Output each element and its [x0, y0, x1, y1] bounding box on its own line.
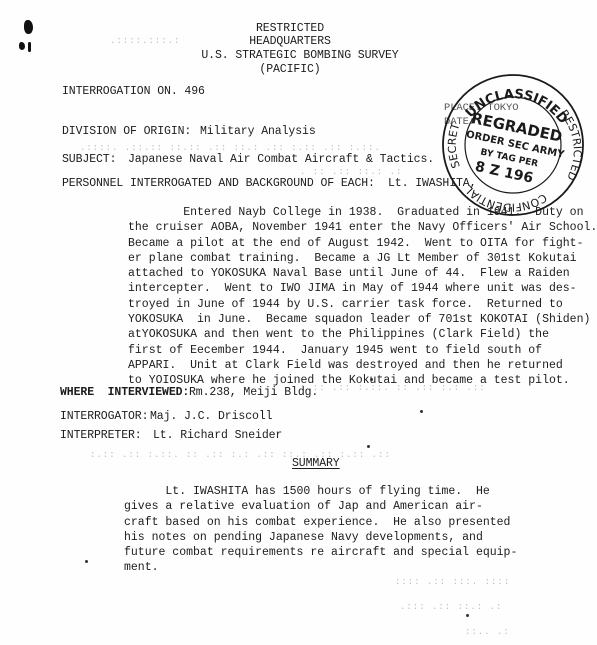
- subject-label: SUBJECT:: [62, 152, 116, 167]
- division-value: Military Analysis: [200, 124, 316, 139]
- summary-line: ment.: [124, 560, 517, 575]
- bleed-through-text: ::.. .:: [465, 627, 510, 637]
- interpreter-value: Lt. Richard Sneider: [153, 428, 282, 443]
- background-line: attached to YOKOSUKA Naval Base until Ju…: [128, 266, 597, 281]
- interrogator-value: Maj. J.C. Driscoll: [150, 409, 272, 424]
- svg-text:SECRET: SECRET: [446, 121, 463, 170]
- stamp-secret-text: SECRET: [446, 121, 463, 170]
- bleed-through-text: :.:: .:: :.::. :: .:: :.: .:: ::.: .:: :…: [90, 450, 391, 460]
- ink-speck: [367, 445, 370, 448]
- where-interviewed-value: Rm.238, Meiji Bldg.: [189, 385, 318, 400]
- org-region: (PACIFIC): [190, 62, 390, 77]
- background-line: atYOKOSUKA and then went to the Philippi…: [128, 327, 597, 342]
- ink-blot: [19, 42, 25, 50]
- division-label: DIVISION OF ORIGIN:: [62, 124, 191, 139]
- summary-line: craft based on his combat experience. He…: [124, 515, 517, 530]
- background-line: the cruiser AOBA, November 1941 enter th…: [128, 220, 597, 235]
- ink-blot: [24, 20, 33, 34]
- subject-value: Japanese Naval Air Combat Aircraft & Tac…: [128, 152, 434, 167]
- background-line: intercepter. Went to IWO JIMA in May of …: [128, 281, 597, 296]
- summary-line: his notes on pending Japanese Navy devel…: [124, 530, 517, 545]
- background-line: APPARI. Unit at Clark Field was destroye…: [128, 358, 597, 373]
- interrogation-number: INTERROGATION ON. 496: [62, 84, 205, 99]
- summary-line: Lt. IWASHITA has 1500 hours of flying ti…: [124, 484, 517, 499]
- summary-paragraph: Lt. IWASHITA has 1500 hours of flying ti…: [124, 484, 517, 576]
- ink-blot: [28, 42, 31, 52]
- background-line: er plane combat training. Became a JG Lt…: [128, 251, 597, 266]
- background-line: Became a pilot at the end of August 1942…: [128, 236, 597, 251]
- ink-speck: [85, 560, 88, 563]
- regraded-stamp: UNCLASSIFIED RESTRICTED CONFIDENTIAL SEC…: [438, 70, 588, 220]
- bleed-through-text: .::::.:::.:: [110, 36, 180, 46]
- background-line: troyed in June of 1944 by U.S. carrier t…: [128, 297, 597, 312]
- interrogator-label: INTERROGATOR:: [60, 409, 148, 424]
- ink-speck: [370, 378, 373, 381]
- ink-speck: [420, 410, 423, 413]
- interpreter-label: INTERPRETER:: [60, 428, 142, 443]
- bleed-through-text: .::: .:: ::.: .:: [400, 602, 502, 612]
- bleed-through-text: :::: .:: :::. ::::: [395, 577, 510, 587]
- personnel-label: PERSONNEL INTERROGATED AND BACKGROUND OF…: [62, 176, 375, 191]
- summary-line: future combat requirements re aircraft a…: [124, 545, 517, 560]
- where-interviewed-label: WHERE INTERVIEWED:: [60, 385, 189, 400]
- background-line: first of Eecember 1944. January 1945 wen…: [128, 343, 597, 358]
- ink-speck: [466, 614, 469, 617]
- summary-line: gives a relative evaluation of Jap and A…: [124, 499, 517, 514]
- org-name: U.S. STRATEGIC BOMBING SURVEY: [200, 48, 400, 63]
- background-paragraph: Entered Nayb College in 1938. Graduated …: [128, 205, 597, 389]
- summary-heading: SUMMARY: [292, 456, 340, 471]
- background-line: YOKOSUKA in June. Became squadon leader …: [128, 312, 597, 327]
- org-headquarters: HEADQUARTERS: [190, 34, 390, 49]
